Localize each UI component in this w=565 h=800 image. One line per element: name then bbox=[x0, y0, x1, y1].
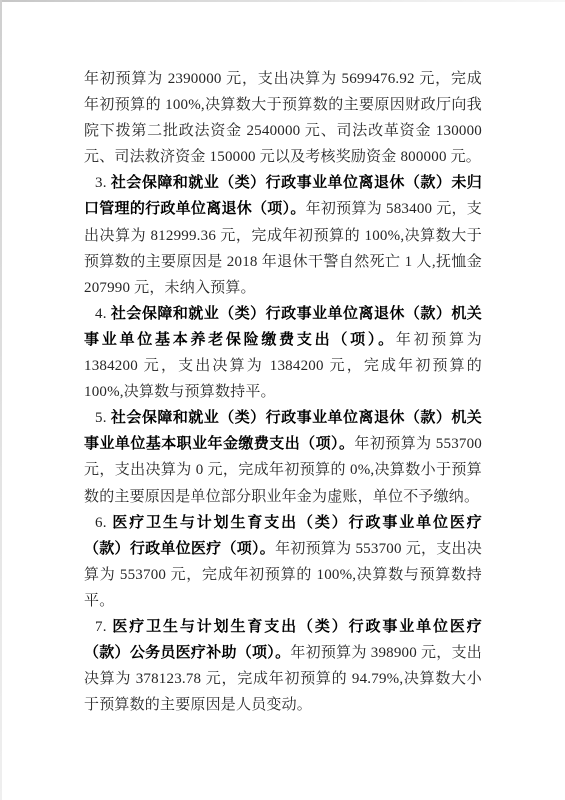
paragraph-number: 6. bbox=[95, 515, 107, 531]
paragraph-number: 3. bbox=[95, 175, 107, 191]
paragraph-number: 7. bbox=[95, 619, 107, 635]
scan-edge-top bbox=[0, 0, 565, 2]
paragraph-item-7: 7.医疗卫生与计划生育支出（类）行政事业单位医疗（款）公务员医疗补助（项）。年初… bbox=[84, 614, 482, 718]
paragraph-item-6: 6.医疗卫生与计划生育支出（类）行政事业单位医疗（款）行政单位医疗（项）。年初预… bbox=[84, 510, 482, 614]
scan-edge-left bbox=[0, 0, 2, 800]
paragraph-body: 年初预算为 2390000 元，支出决算为 5699476.92 元，完成年初预… bbox=[84, 71, 482, 165]
document-text-block: 年初预算为 2390000 元，支出决算为 5699476.92 元，完成年初预… bbox=[84, 66, 482, 718]
paragraph-item-3: 3.社会保障和就业（类）行政事业单位离退休（款）未归口管理的行政单位离退休（项）… bbox=[84, 170, 482, 300]
document-page: 年初预算为 2390000 元，支出决算为 5699476.92 元，完成年初预… bbox=[0, 0, 565, 800]
paragraph-number: 5. bbox=[95, 410, 107, 426]
paragraph-number: 4. bbox=[95, 306, 107, 322]
paragraph-item-5: 5.社会保障和就业（类）行政事业单位离退休（款）机关事业单位基本职业年金缴费支出… bbox=[84, 405, 482, 509]
paragraph-item-4: 4.社会保障和就业（类）行政事业单位离退休（款）机关事业单位基本养老保险缴费支出… bbox=[84, 301, 482, 405]
paragraph-continuation: 年初预算为 2390000 元，支出决算为 5699476.92 元，完成年初预… bbox=[84, 66, 482, 170]
